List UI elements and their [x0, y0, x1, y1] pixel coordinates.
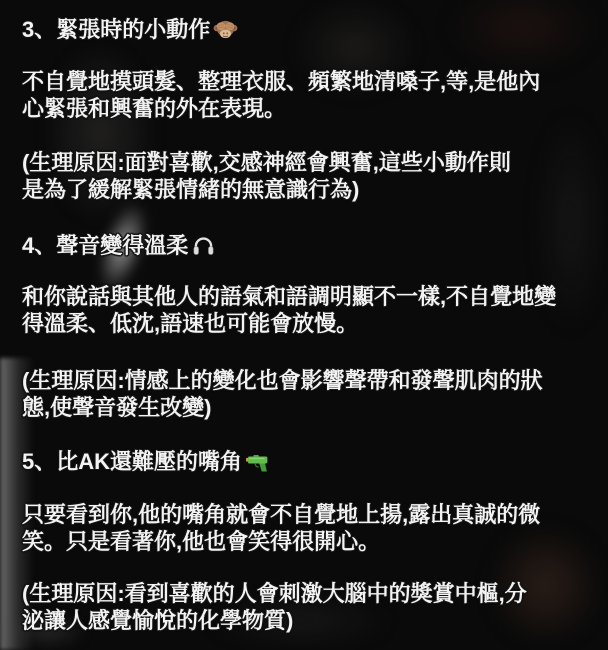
- body-line: 心緊張和興奮的外在表現。: [22, 95, 594, 122]
- body-line: 和你說話與其他人的語氣和語調明顯不一樣,不自覺地變: [22, 283, 594, 310]
- note-line: 泌讓人感覺愉悅的化學物質): [22, 607, 594, 634]
- body-line: 只要看到你,他的嘴角就會不自覺地上揚,露出真誠的微: [22, 501, 594, 528]
- body-line: 不自覺地摸頭髮、整理衣服、頻繁地清嗓子,等,是他內: [22, 68, 594, 95]
- water-gun-icon: [245, 449, 270, 474]
- headphones-icon: [191, 233, 216, 258]
- note-line: (生理原因:看到喜歡的人會刺激大腦中的獎賞中樞,分: [22, 580, 594, 607]
- section-5-heading-text: 5、比AK還難壓的嘴角: [22, 448, 242, 475]
- background-fur-texture-top-left: [30, 20, 170, 245]
- body-line: 笑。只是看著你,他也會笑得很開心。: [22, 528, 594, 555]
- section-3-note: (生理原因:面對喜歡,交感神經會興奮,這些小動作則 是為了緩解緊張情緒的無意識行…: [22, 149, 594, 203]
- section-4-heading: 4、聲音變得溫柔: [22, 232, 594, 259]
- section-3-heading: 3、緊張時的小動作: [22, 16, 594, 43]
- note-line: 是為了緩解緊張情緒的無意識行為): [22, 176, 594, 203]
- note-line: (生理原因:面對喜歡,交感神經會興奮,這些小動作則: [22, 149, 594, 176]
- section-5-body: 只要看到你,他的嘴角就會不自覺地上揚,露出真誠的微 笑。只是看著你,他也會笑得很…: [22, 501, 594, 555]
- section-3-heading-text: 3、緊張時的小動作: [22, 16, 210, 43]
- section-3-body: 不自覺地摸頭髮、整理衣服、頻繁地清嗓子,等,是他內 心緊張和興奮的外在表現。: [22, 68, 594, 122]
- section-4-note: (生理原因:情感上的變化也會影響聲帶和發聲肌肉的狀 態,使聲音發生改變): [22, 367, 594, 421]
- section-4-body: 和你說話與其他人的語氣和語調明顯不一樣,不自覺地變 得溫柔、低沈,語速也可能會放…: [22, 283, 594, 337]
- section-4-heading-text: 4、聲音變得溫柔: [22, 232, 188, 259]
- section-5-heading: 5、比AK還難壓的嘴角: [22, 448, 594, 475]
- post-image: 3、緊張時的小動作 不自覺地摸頭髮、整理衣服、頻繁地清嗓子,等,是他內 心緊張和…: [0, 0, 608, 650]
- section-5-note: (生理原因:看到喜歡的人會刺激大腦中的獎賞中樞,分 泌讓人感覺愉悅的化學物質): [22, 580, 594, 634]
- note-line: (生理原因:情感上的變化也會影響聲帶和發聲肌肉的狀: [22, 367, 594, 394]
- note-line: 態,使聲音發生改變): [22, 394, 594, 421]
- see-no-evil-monkey-icon: [213, 17, 238, 42]
- body-line: 得溫柔、低沈,語速也可能會放慢。: [22, 310, 594, 337]
